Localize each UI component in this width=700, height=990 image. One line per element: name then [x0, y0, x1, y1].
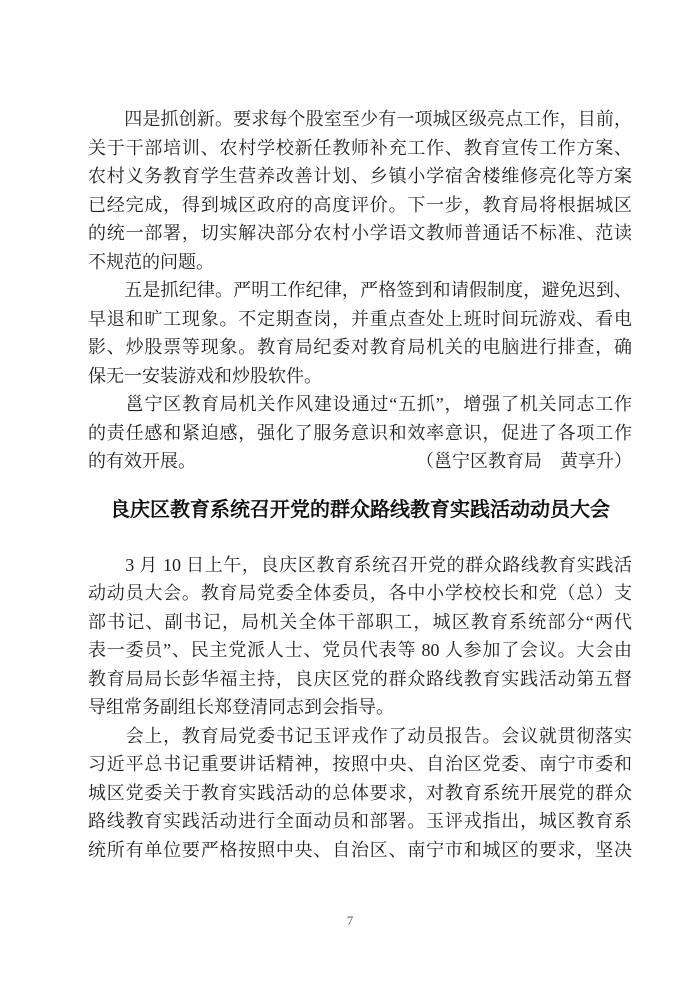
- text-line: 的责任感和紧迫感，强化了服务意识和效率意识，促进了各项工作: [88, 419, 632, 448]
- text-line: 3 月 10 日上午，良庆区教育系统召开党的群众路线教育实践活: [88, 551, 632, 580]
- text-line: 四是抓创新。要求每个股室至少有一项城区级亮点工作，目前，: [88, 105, 632, 134]
- page-number: 7: [0, 913, 700, 929]
- text-line: 统所有单位要严格按照中央、自治区、南宁市和城区的要求，坚决: [88, 836, 632, 865]
- text-line: 五是抓纪律。严明工作纪律，严格签到和请假制度，避免迟到、: [88, 276, 632, 305]
- para-five-grab-discipline: 五是抓纪律。严明工作纪律，严格签到和请假制度，避免迟到、早退和旷工现象。不定期查…: [88, 276, 632, 390]
- author-byline: （邕宁区教育局 黄享升）: [416, 447, 632, 476]
- text-line: 保无一安装游戏和炒股软件。: [88, 362, 632, 391]
- text-line: 会上，教育局党委书记玉评戎作了动员报告。会议就贯彻落实: [88, 722, 632, 751]
- text-line: 邕宁区教育局机关作风建设通过“五抓”，增强了机关同志工作: [88, 390, 632, 419]
- para-four-grab-innovation: 四是抓创新。要求每个股室至少有一项城区级亮点工作，目前，关于干部培训、农村学校新…: [88, 105, 632, 276]
- paragraph-end-text: 的有效开展。: [88, 447, 196, 476]
- text-line: 动动员大会。教育局党委全体委员，各中小学校校长和党（总）支: [88, 579, 632, 608]
- para-yongning-summary: 邕宁区教育局机关作风建设通过“五抓”，增强了机关同志工作的责任感和紧迫感，强化了…: [88, 390, 632, 476]
- text-line: 关于干部培训、农村学校新任教师补充工作、教育宣传工作方案、: [88, 134, 632, 163]
- para-mobilization-report: 会上，教育局党委书记玉评戎作了动员报告。会议就贯彻落实习近平总书记重要讲话精神，…: [88, 722, 632, 865]
- text-line: 的统一部署，切实解决部分农村小学语文教师普通话不标准、范读: [88, 219, 632, 248]
- document-page: 四是抓创新。要求每个股室至少有一项城区级亮点工作，目前，关于干部培训、农村学校新…: [0, 0, 700, 990]
- text-line: 教育局局长彭华福主持，良庆区党的群众路线教育实践活动第五督: [88, 665, 632, 694]
- text-line: 部书记、副书记，局机关全体干部职工，城区教育系统部分“两代: [88, 608, 632, 637]
- text-line: 不规范的问题。: [88, 248, 632, 277]
- text-line: 城区党委关于教育实践活动的总体要求，对教育系统开展党的群众: [88, 779, 632, 808]
- text-line: 农村义务教育学生营养改善计划、乡镇小学宿舍楼维修亮化等方案: [88, 162, 632, 191]
- text-line: 早退和旷工现象。不定期查岗，并重点查处上班时间玩游戏、看电: [88, 305, 632, 334]
- text-line: 习近平总书记重要讲话精神，按照中央、自治区党委、南宁市委和: [88, 750, 632, 779]
- text-line: 的有效开展。（邕宁区教育局 黄享升）: [88, 447, 632, 476]
- text-line: 已经完成，得到城区政府的高度评价。下一步，教育局将根据城区: [88, 191, 632, 220]
- para-meeting-intro: 3 月 10 日上午，良庆区教育系统召开党的群众路线教育实践活动动员大会。教育局…: [88, 551, 632, 722]
- text-line: 影、炒股票等现象。教育局纪委对教育局机关的电脑进行排查，确: [88, 333, 632, 362]
- document-content: 四是抓创新。要求每个股室至少有一项城区级亮点工作，目前，关于干部培训、农村学校新…: [88, 105, 632, 864]
- article-title: 良庆区教育系统召开党的群众路线教育实践活动动员大会: [88, 495, 632, 526]
- text-line: 导组常务副组长郑登清同志到会指导。: [88, 693, 632, 722]
- text-line: 表一委员”、民主党派人士、党员代表等 80 人参加了会议。大会由: [88, 636, 632, 665]
- text-line: 路线教育实践活动进行全面动员和部署。玉评戎指出，城区教育系: [88, 807, 632, 836]
